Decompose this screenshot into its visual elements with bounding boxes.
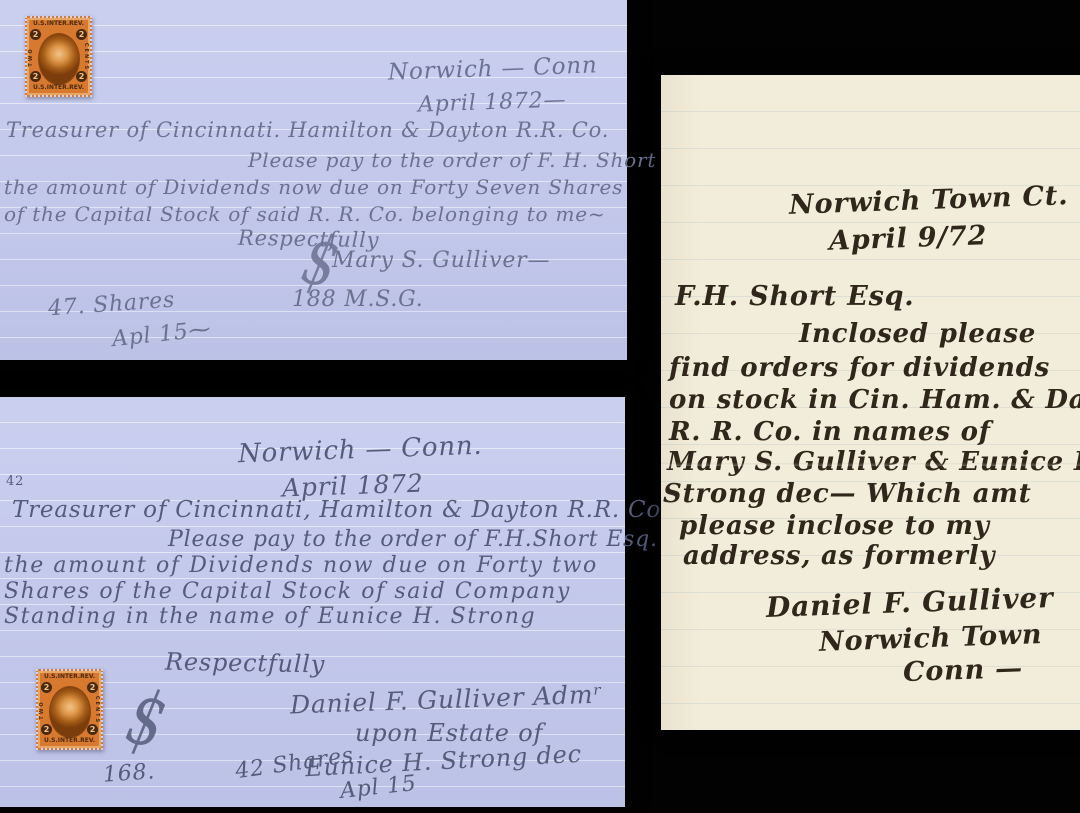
body-line-2: find orders for dividends bbox=[669, 355, 1050, 381]
stamp-right-text: CENTS bbox=[83, 42, 88, 70]
dividend-order-eunice-strong: Norwich — Conn. April 1872 42 Treasurer … bbox=[0, 397, 625, 807]
stamp-bottom-text: U.S.INTER.REV. bbox=[38, 738, 101, 744]
washington-portrait bbox=[38, 33, 80, 85]
stamp-right-text: CENTS bbox=[94, 695, 99, 723]
signature-line2: Norwich Town bbox=[819, 621, 1043, 656]
stamp-denomination: 2 bbox=[30, 71, 41, 82]
signature-line: Daniel F. Gulliver Admʳ bbox=[290, 682, 604, 718]
stamp-left-text: TWO bbox=[40, 700, 45, 719]
stamp-denomination: 2 bbox=[76, 71, 87, 82]
photo-background: U.S.INTER.REV. 2 2 TWO CENTS 2 2 U.S.INT… bbox=[0, 0, 1080, 813]
date-note: Apl 15 bbox=[339, 773, 418, 803]
body-line-3: on stock in Cin. Ham. & Dayton bbox=[669, 387, 1080, 413]
stamp-denomination: 2 bbox=[87, 682, 98, 693]
stamp-denomination: 2 bbox=[30, 29, 41, 40]
washington-portrait bbox=[49, 686, 91, 738]
amount-line: the amount of Dividends now due on Forty… bbox=[4, 555, 598, 577]
addressee-line: Treasurer of Cincinnati. Hamilton & Dayt… bbox=[6, 120, 609, 141]
place-line: Norwich — Conn. bbox=[238, 433, 483, 468]
signature-line: Daniel F. Gulliver bbox=[766, 584, 1054, 622]
dollar-flourish: $ bbox=[120, 680, 174, 762]
body-line-1: Inclosed please bbox=[799, 321, 1036, 347]
stamp-denomination: 2 bbox=[41, 724, 52, 735]
stamp-denomination: 2 bbox=[76, 29, 87, 40]
date-line: April 1872— bbox=[418, 89, 567, 116]
body-line-6: Strong dec— Which amt bbox=[663, 481, 1032, 507]
amount-line: the amount of Dividends now due on Forty… bbox=[4, 177, 623, 197]
place-line: Norwich — Conn bbox=[388, 54, 598, 84]
signature-line2: upon Estate of bbox=[355, 721, 543, 745]
dividend-order-mary-gulliver: U.S.INTER.REV. 2 2 TWO CENTS 2 2 U.S.INT… bbox=[0, 0, 627, 360]
signature-line: Mary S. Gulliver— bbox=[332, 250, 550, 272]
ledger-note: 168. bbox=[102, 761, 156, 787]
stamp-left-text: TWO bbox=[29, 47, 34, 66]
body-line-8: address, as formerly bbox=[683, 543, 995, 569]
date-line: April 1872 bbox=[282, 471, 424, 501]
salutation-line: F.H. Short Esq. bbox=[675, 283, 914, 310]
stamp-denomination: 2 bbox=[41, 682, 52, 693]
stock-line: of the Capital Stock of said R. R. Co. b… bbox=[4, 204, 606, 224]
stamp-denomination: 2 bbox=[87, 724, 98, 735]
body-line-5: Mary S. Gulliver & Eunice H. bbox=[667, 449, 1080, 475]
cover-letter-daniel-gulliver: Norwich Town Ct. April 9/72 F.H. Short E… bbox=[661, 75, 1080, 730]
addressee-line: Treasurer of Cincinnati, Hamilton & Dayt… bbox=[12, 499, 669, 522]
pay-line: Please pay to the order of F.H.Short Esq… bbox=[168, 529, 658, 551]
name-line: Standing in the name of Eunice H. Strong bbox=[4, 606, 536, 628]
stamp-top-text: U.S.INTER.REV. bbox=[27, 21, 90, 27]
body-line-4: R. R. Co. in names of bbox=[669, 419, 991, 445]
ledger-note: 188 M.S.G. bbox=[292, 289, 424, 311]
date-note: Apl 15⁓ bbox=[111, 319, 212, 351]
revenue-stamp-two-cent: U.S.INTER.REV. 2 2 TWO CENTS 2 2 U.S.INT… bbox=[25, 16, 92, 97]
shares-note: 47. Shares bbox=[47, 290, 175, 321]
pay-line: Please pay to the order of F. H. Short E… bbox=[248, 150, 711, 170]
stamp-top-text: U.S.INTER.REV. bbox=[38, 674, 101, 680]
place-line: Norwich Town Ct. bbox=[789, 182, 1069, 219]
margin-note: 42 bbox=[6, 475, 24, 488]
revenue-stamp-two-cent: U.S.INTER.REV. 2 2 TWO CENTS 2 2 U.S.INT… bbox=[36, 669, 103, 750]
date-line: April 9/72 bbox=[829, 222, 988, 255]
body-line-7: please inclose to my bbox=[679, 513, 990, 539]
stamp-bottom-text: U.S.INTER.REV. bbox=[27, 85, 90, 91]
signature-line3: Conn — bbox=[903, 655, 1024, 686]
closing-line: Respectfully bbox=[165, 650, 325, 677]
stock-line: Shares of the Capital Stock of said Comp… bbox=[4, 581, 571, 603]
